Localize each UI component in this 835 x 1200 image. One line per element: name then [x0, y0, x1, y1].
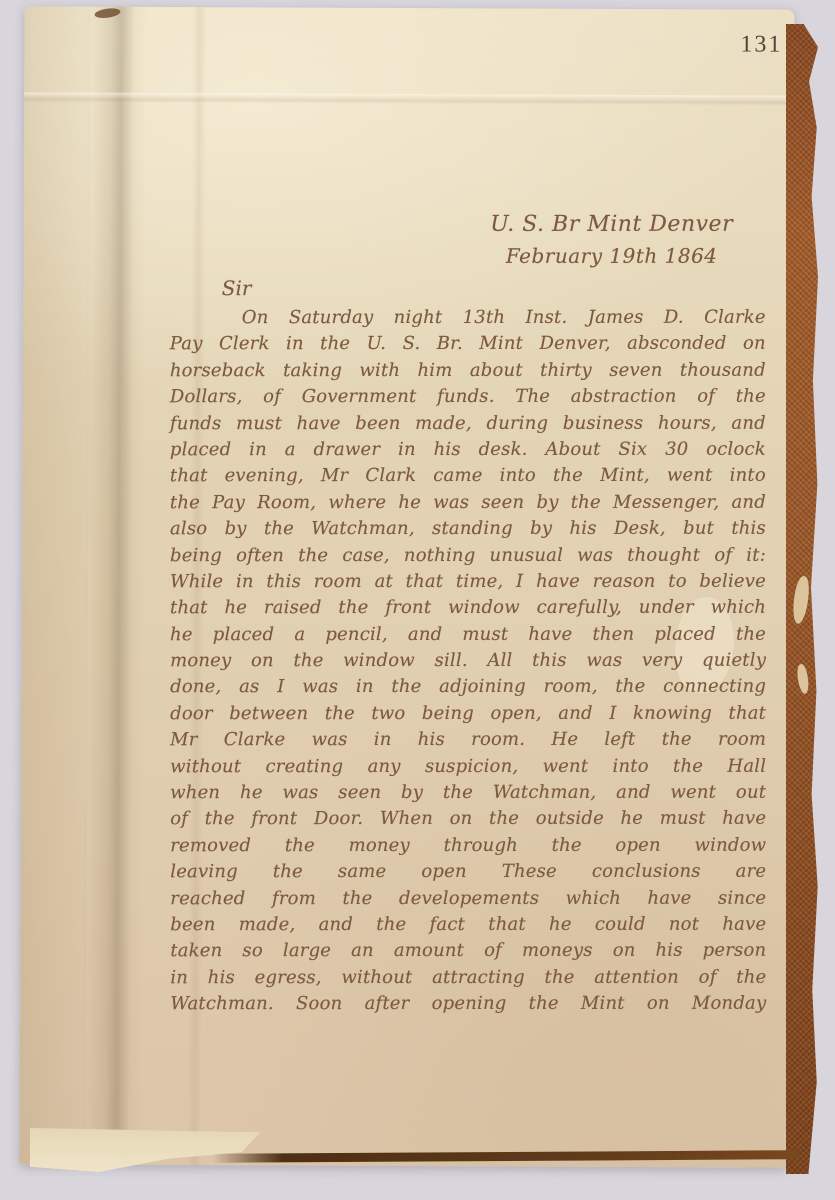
- letter-line: placed in a drawer in his desk. About Si…: [170, 437, 766, 464]
- ledger-page: 131 U. S. Br Mint Denver February 19th 1…: [19, 6, 794, 1167]
- letter-line: Mr Clarke was in his room. He left the r…: [170, 727, 766, 754]
- letter-line: done, as I was in the adjoining room, th…: [170, 674, 766, 701]
- letter-line: the Pay Room, where he was seen by the M…: [170, 489, 766, 516]
- binding-wear-chip: [792, 575, 811, 624]
- letter-line: in his egress, without attracting the at…: [170, 964, 766, 991]
- book-binding-edge: [786, 24, 818, 1174]
- letter-line: of the front Door. When on the outside h…: [170, 806, 766, 833]
- letter-line: when he was seen by the Watchman, and we…: [170, 780, 766, 807]
- letter-line: While in this room at that time, I have …: [170, 569, 766, 596]
- letter-line: being often the case, nothing unusual wa…: [170, 542, 766, 569]
- letter-line: that evening, Mr Clark came into the Min…: [170, 463, 766, 490]
- letter-salutation: Sir: [222, 276, 252, 300]
- letter-dateline-date: February 19th 1864: [484, 244, 740, 268]
- letter-line: funds must have been made, during busine…: [170, 410, 766, 437]
- letter-line: he placed a pencil, and must have then p…: [170, 621, 766, 648]
- photo-backdrop: 131 U. S. Br Mint Denver February 19th 1…: [0, 0, 835, 1200]
- letter-line: without creating any suspicion, went int…: [170, 753, 766, 780]
- handwritten-letter: U. S. Br Mint Denver February 19th 1864 …: [21, 8, 792, 1167]
- letter-line: reached from the developements which hav…: [170, 885, 766, 912]
- letter-line: that he raised the front window carefull…: [170, 595, 766, 622]
- letter-line: Dollars, of Government funds. The abstra…: [170, 384, 766, 411]
- letter-line: Pay Clerk in the U. S. Br. Mint Denver, …: [170, 331, 766, 358]
- letter-dateline-place: U. S. Br Mint Denver: [462, 212, 762, 237]
- letter-line: leaving the same open These conclusions …: [170, 859, 766, 886]
- binding-wear-chip: [795, 663, 810, 694]
- letter-body: On Saturday night 13th Inst. James D. Cl…: [170, 305, 767, 1018]
- letter-line: also by the Watchman, standing by his De…: [170, 516, 766, 543]
- letter-line: been made, and the fact that he could no…: [170, 912, 766, 939]
- letter-line: door between the two being open, and I k…: [170, 701, 766, 728]
- letter-line: Watchman. Soon after opening the Mint on…: [170, 991, 766, 1018]
- letter-line: taken so large an amount of moneys on hi…: [170, 938, 766, 965]
- letter-line: On Saturday night 13th Inst. James D. Cl…: [170, 305, 766, 332]
- letter-line: money on the window sill. All this was v…: [170, 648, 766, 675]
- letter-line: removed the money through the open windo…: [170, 832, 766, 859]
- letter-line: horseback taking with him about thirty s…: [170, 357, 766, 384]
